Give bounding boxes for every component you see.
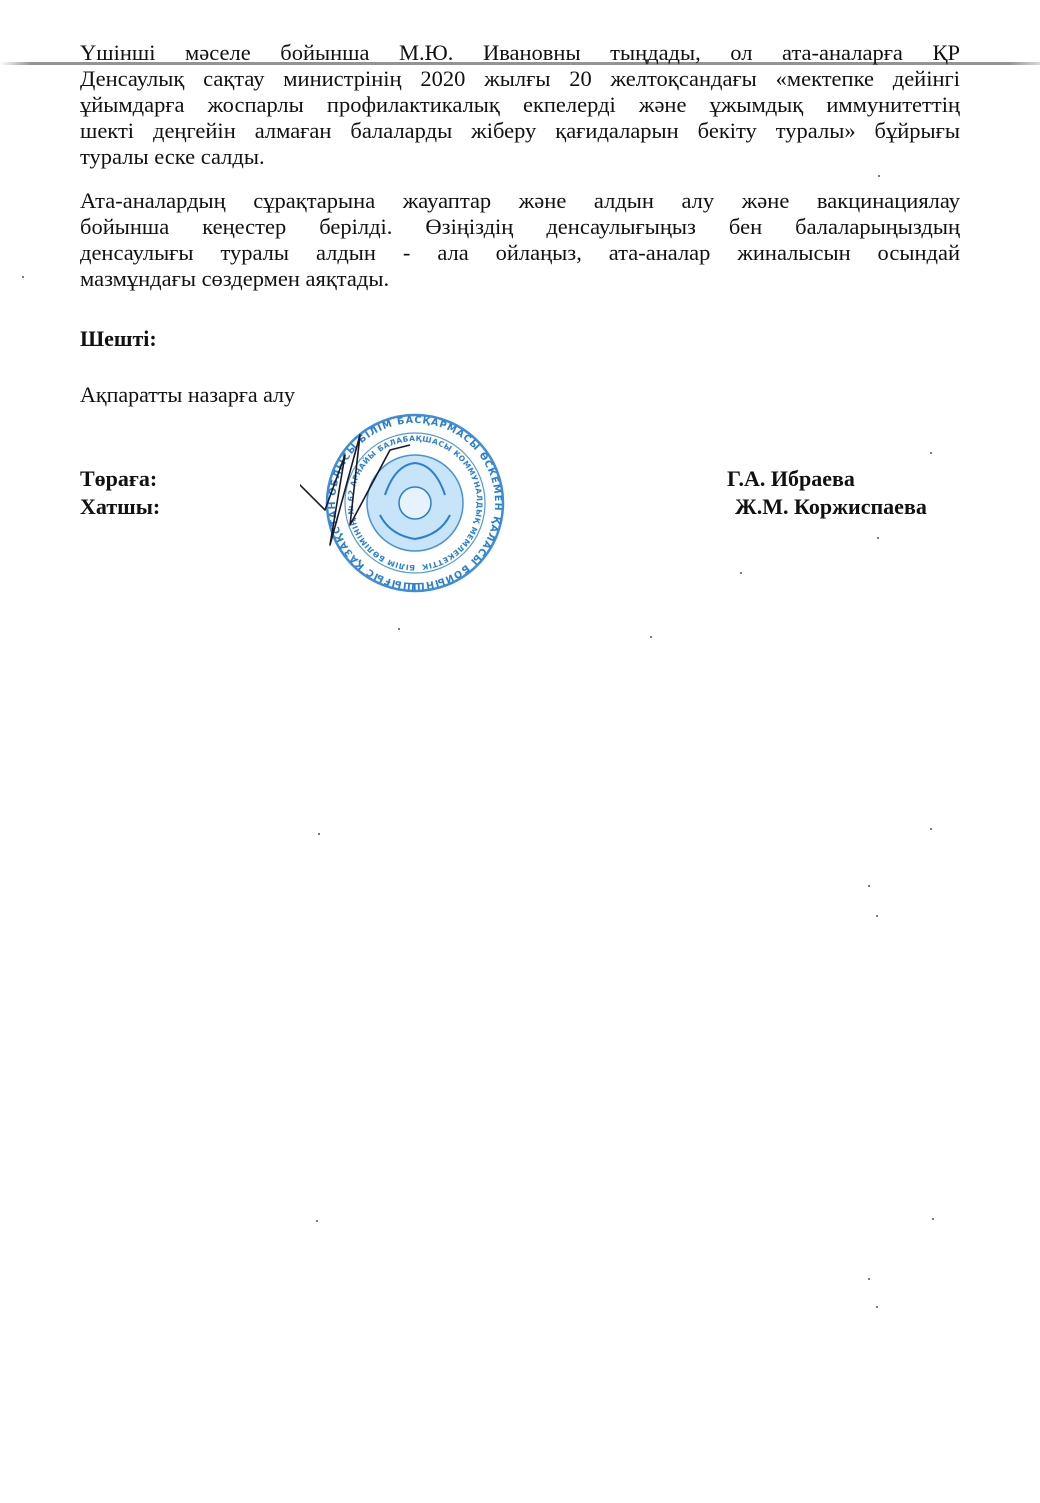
scan-speck xyxy=(878,175,880,177)
paragraph-line: мазмұндағы сөздермен аяқтады. xyxy=(80,266,960,292)
chairman-name: Г.А. Ибраева xyxy=(727,466,855,492)
paragraph-line: бойынша кеңестер берілді. Өзіңіздің денс… xyxy=(80,214,960,240)
scan-speck xyxy=(868,1278,870,1280)
paragraph-line: Үшінші мәселе бойынша М.Ю. Ивановны тыңд… xyxy=(80,40,960,66)
scan-speck xyxy=(650,636,652,638)
paragraph-line: Денсаулық сақтау министрінің 2020 жылғы … xyxy=(80,66,960,92)
scan-speck xyxy=(932,1218,934,1220)
scan-speck xyxy=(318,833,320,835)
scan-speck xyxy=(930,452,932,454)
paragraph-line: туралы еске салды. xyxy=(80,144,960,170)
decision-heading: Шешті: xyxy=(80,326,157,352)
paragraph-third-issue: Үшінші мәселе бойынша М.Ю. Ивановны тыңд… xyxy=(80,40,960,170)
secretary-name: Ж.М. Коржиспаева xyxy=(735,494,927,520)
official-stamp-icon: ШЫҒЫС ҚАЗАҚСТАН ОБЛЫСЫ БІЛІМ БАСҚАРМАСЫ … xyxy=(300,405,520,595)
paragraph-answers: Ата-аналардың сұрақтарына жауаптар және … xyxy=(80,188,960,292)
chairman-label: Төраға: xyxy=(80,466,157,492)
secretary-label: Хатшы: xyxy=(80,494,160,520)
scan-speck xyxy=(740,572,742,574)
paragraph-line: денсаулығы туралы алдын - ала ойлаңыз, а… xyxy=(80,240,960,266)
scan-speck xyxy=(876,1306,878,1308)
scan-speck xyxy=(316,1220,318,1222)
scan-speck xyxy=(876,915,878,917)
paragraph-line: ұйымдарға жоспарлы профилактикалық екпел… xyxy=(80,92,960,118)
decision-text: Ақпаратты назарға алу xyxy=(80,382,295,408)
paragraph-line: Ата-аналардың сұрақтарына жауаптар және … xyxy=(80,188,960,214)
scan-speck xyxy=(877,537,879,539)
scan-speck xyxy=(22,276,24,278)
scan-speck xyxy=(868,885,870,887)
document-page: Үшінші мәселе бойынша М.Ю. Ивановны тыңд… xyxy=(0,0,1040,1503)
paragraph-line: шекті деңгейін алмаған балаларды жіберу … xyxy=(80,118,960,144)
scan-speck xyxy=(930,828,932,830)
scan-speck xyxy=(398,628,400,630)
